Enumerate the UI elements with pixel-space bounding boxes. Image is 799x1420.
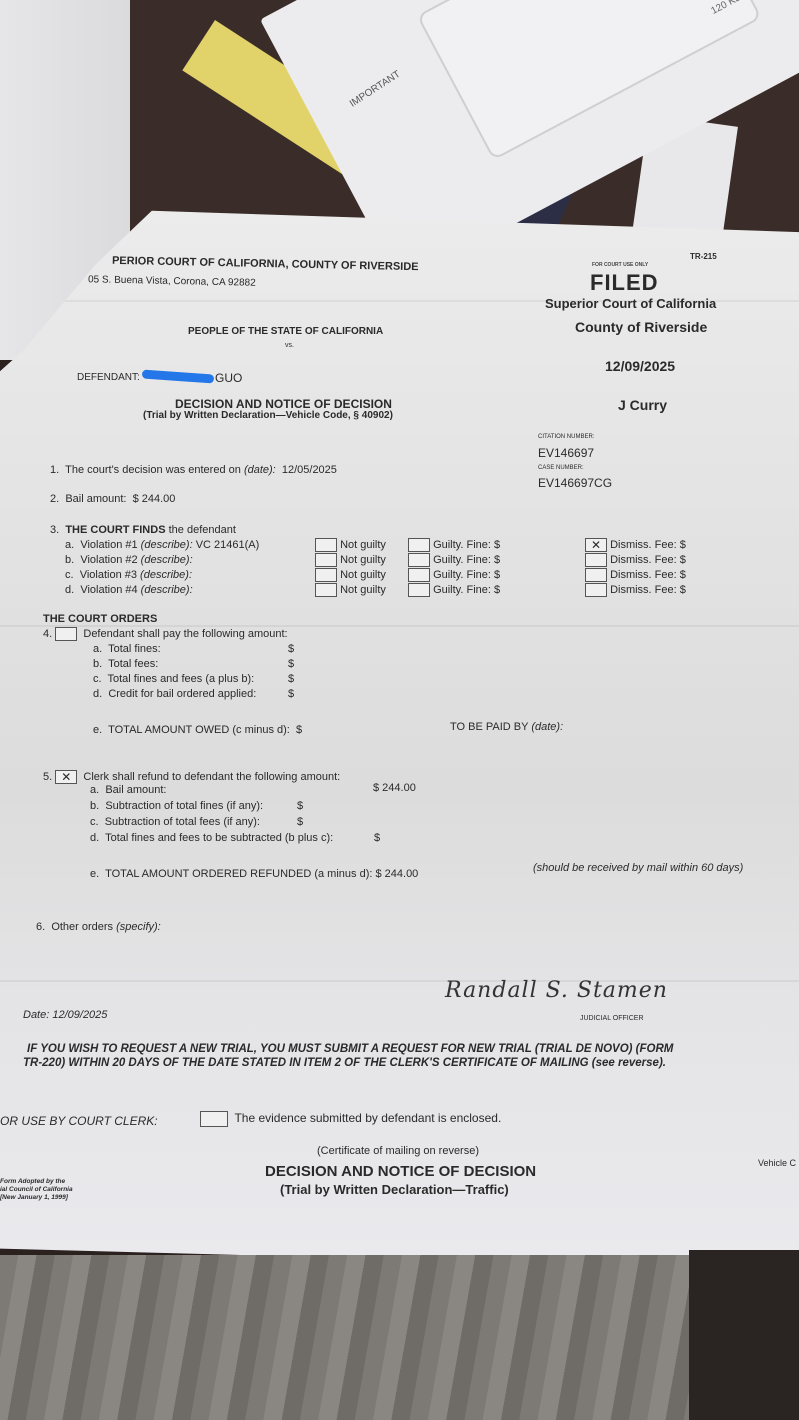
guilty-label: Guilty. Fine: $ — [433, 584, 500, 596]
clerk-evidence-row: The evidence submitted by defendant is e… — [200, 1111, 501, 1127]
evidence-enclosed-checkbox[interactable] — [200, 1111, 228, 1127]
violation-row: d. Violation #4 (describe): — [65, 584, 193, 596]
amount-line: c. Total fines and fees (a plus b): — [93, 673, 254, 685]
certificate-note: (Certificate of mailing on reverse) — [317, 1145, 479, 1157]
fabric-background — [0, 1255, 799, 1420]
violation-describe: (describe): — [141, 554, 193, 566]
versus: vs. — [285, 342, 294, 349]
dismiss-option: ✕ Dismiss. Fee: $ — [585, 538, 686, 552]
not-guilty-option: Not guilty — [315, 568, 386, 582]
item-label: Clerk shall refund to defendant the foll… — [83, 771, 340, 783]
total-owed-value: $ — [296, 724, 302, 736]
item-label: The court's decision was entered on — [65, 464, 241, 476]
plaintiff: PEOPLE OF THE STATE OF CALIFORNIA — [188, 326, 383, 337]
redaction-mark — [142, 369, 214, 383]
line-label: Bail amount: — [105, 784, 166, 796]
dismiss-checkbox[interactable] — [585, 568, 607, 582]
line-letter: a. — [93, 643, 102, 655]
dismiss-option: Dismiss. Fee: $ — [585, 553, 686, 567]
clerk-use-label: OR USE BY COURT CLERK: — [0, 1114, 158, 1128]
item-label: the defendant — [169, 524, 236, 536]
line-label: Total fines and fees (a plus b): — [107, 673, 254, 685]
vehicle-code-ref: Vehicle C — [758, 1158, 796, 1168]
signature-date: Date: 12/09/2025 — [23, 1009, 107, 1021]
bottom-subtitle: (Trial by Written Declaration—Traffic) — [280, 1182, 509, 1197]
guilty-label: Guilty. Fine: $ — [433, 554, 500, 566]
refund-line: c. Subtraction of total fees (if any): — [90, 816, 260, 828]
paper-fold — [0, 980, 799, 982]
not-guilty-label: Not guilty — [340, 554, 386, 566]
filed-court: Superior Court of California — [545, 296, 716, 311]
line-letter: c. — [90, 816, 99, 828]
defendant-label: DEFENDANT: — [77, 372, 140, 383]
item-5-checkbox[interactable]: ✕ — [55, 770, 77, 784]
line-label: Subtraction of total fees (if any): — [105, 816, 260, 828]
case-number: EV146697CG — [538, 476, 612, 490]
dismiss-label: Dismiss. Fee: $ — [610, 569, 686, 581]
not-guilty-label: Not guilty — [340, 569, 386, 581]
court-orders-heading: THE COURT ORDERS — [43, 613, 157, 625]
line-label: Total fees: — [108, 658, 158, 670]
item-4-total: e. TOTAL AMOUNT OWED (c minus d): $ — [93, 724, 302, 736]
for-court-use-only: FOR COURT USE ONLY — [592, 262, 648, 268]
violation-label: Violation #3 — [80, 569, 137, 581]
item-6-other-orders: 6. Other orders (specify): — [36, 921, 161, 933]
item-1-decision-date: 1. The court's decision was entered on (… — [50, 464, 337, 476]
item-label: Other orders — [51, 921, 113, 933]
paid-by: TO BE PAID BY (date): — [450, 721, 563, 733]
violation-code: VC 21461(A) — [196, 539, 260, 551]
item-number: 4. — [43, 628, 52, 640]
judicial-officer-label: JUDICIAL OFFICER — [580, 1015, 644, 1022]
dark-background — [689, 1250, 799, 1420]
item-label: Bail amount: — [65, 493, 126, 505]
court-name: PERIOR COURT OF CALIFORNIA, COUNTY OF RI… — [112, 255, 419, 273]
citation-number: EV146697 — [538, 446, 594, 460]
dismiss-checkbox[interactable] — [585, 553, 607, 567]
item-label-italic: (date): — [244, 464, 276, 476]
violation-describe: (describe): — [141, 584, 193, 596]
dismiss-option: Dismiss. Fee: $ — [585, 583, 686, 597]
guilty-option: Guilty. Fine: $ — [408, 538, 500, 552]
not-guilty-label: Not guilty — [340, 539, 386, 551]
not-guilty-option: Not guilty — [315, 538, 386, 552]
not-guilty-checkbox[interactable] — [315, 538, 337, 552]
adopted-line: ial Council of California — [0, 1186, 73, 1194]
line-letter: d. — [93, 688, 102, 700]
guilty-option: Guilty. Fine: $ — [408, 568, 500, 582]
document-title: DECISION AND NOTICE OF DECISION — [175, 397, 392, 411]
item-label-italic: (specify): — [116, 921, 161, 933]
line-letter: b. — [90, 800, 99, 812]
line-letter: e. — [93, 724, 102, 736]
decision-date-value: 12/05/2025 — [282, 464, 337, 476]
court-address: 05 S. Buena Vista, Corona, CA 92882 — [88, 274, 256, 289]
evidence-enclosed-text: The evidence submitted by defendant is e… — [234, 1111, 501, 1125]
amount-line: d. Credit for bail ordered applied: — [93, 688, 256, 700]
dismiss-checkbox[interactable] — [585, 583, 607, 597]
dismiss-label: Dismiss. Fee: $ — [610, 539, 686, 551]
judge-signature: Randall S. Stamen — [445, 978, 668, 1003]
refund-line: b. Subtraction of total fines (if any): — [90, 800, 263, 812]
amount-line: b. Total fees: — [93, 658, 158, 670]
dismiss-option: Dismiss. Fee: $ — [585, 568, 686, 582]
line-letter: a. — [90, 784, 99, 796]
line-letter: b. — [93, 658, 102, 670]
total-refund-value: $ 244.00 — [375, 868, 418, 880]
court-finds-label: THE COURT FINDS — [65, 524, 165, 536]
dismiss-label: Dismiss. Fee: $ — [610, 554, 686, 566]
form-number: TR-215 — [690, 252, 717, 261]
dismiss-label: Dismiss. Fee: $ — [610, 584, 686, 596]
violation-letter: a. — [65, 539, 74, 551]
line-value: $ — [288, 658, 294, 670]
adopted-line: [New January 1, 1999] — [0, 1194, 73, 1202]
dismiss-checkbox[interactable]: ✕ — [585, 538, 607, 552]
defendant-name: GUO — [215, 371, 242, 385]
line-value: $ — [288, 643, 294, 655]
date-value: 12/09/2025 — [52, 1009, 107, 1021]
line-label: Total fines: — [108, 643, 161, 655]
line-value: $ — [288, 673, 294, 685]
line-value: $ — [374, 832, 380, 844]
item-4-checkbox[interactable] — [55, 627, 77, 641]
not-guilty-option: Not guilty — [315, 553, 386, 567]
item-2-bail-amount: 2. Bail amount: $ 244.00 — [50, 493, 175, 505]
total-refund-label: TOTAL AMOUNT ORDERED REFUNDED (a minus d… — [105, 868, 372, 880]
refund-line: a. Bail amount: — [90, 784, 166, 796]
line-letter: e. — [90, 868, 99, 880]
not-guilty-option: Not guilty — [315, 583, 386, 597]
line-value: $ 244.00 — [373, 782, 416, 794]
guilty-label: Guilty. Fine: $ — [433, 539, 500, 551]
form-adopted-note: Form Adopted by the ial Council of Calif… — [0, 1178, 73, 1202]
violation-letter: b. — [65, 554, 74, 566]
amount-line: a. Total fines: — [93, 643, 161, 655]
total-owed-label: TOTAL AMOUNT OWED (c minus d): — [108, 724, 290, 736]
filed-county: County of Riverside — [575, 319, 707, 335]
line-letter: c. — [93, 673, 102, 685]
item-label: Defendant shall pay the following amount… — [83, 628, 287, 640]
item-number: 1. — [50, 464, 59, 476]
adopted-line: Form Adopted by the — [0, 1178, 73, 1186]
violation-letter: c. — [65, 569, 74, 581]
violation-label: Violation #1 — [80, 539, 137, 551]
not-guilty-checkbox[interactable] — [315, 583, 337, 597]
violation-describe: (describe): — [141, 539, 193, 551]
paid-by-italic: (date): — [531, 721, 563, 733]
item-number: 3. — [50, 524, 59, 536]
item-4-heading: 4. Defendant shall pay the following amo… — [43, 627, 288, 641]
item-number: 5. — [43, 771, 52, 783]
violation-describe: (describe): — [140, 569, 192, 581]
line-letter: d. — [90, 832, 99, 844]
violation-label: Violation #4 — [80, 584, 137, 596]
new-trial-warning-line-1: IF YOU WISH TO REQUEST A NEW TRIAL, YOU … — [27, 1043, 673, 1055]
envelope-label: IMPORTANT — [348, 69, 403, 110]
item-3-heading: 3. THE COURT FINDS the defendant — [50, 524, 236, 536]
guilty-checkbox[interactable] — [408, 583, 430, 597]
violation-letter: d. — [65, 584, 74, 596]
item-number: 2. — [50, 493, 59, 505]
line-value: $ — [297, 800, 303, 812]
item-5-total: e. TOTAL AMOUNT ORDERED REFUNDED (a minu… — [90, 868, 418, 880]
violation-row: b. Violation #2 (describe): — [65, 554, 193, 566]
line-label: Credit for bail ordered applied: — [108, 688, 256, 700]
guilty-label: Guilty. Fine: $ — [433, 569, 500, 581]
violation-row: a. Violation #1 (describe): VC 21461(A) — [65, 539, 259, 551]
bottom-title: DECISION AND NOTICE OF DECISION — [265, 1163, 536, 1180]
line-value: $ — [297, 816, 303, 828]
item-5-heading: 5. ✕ Clerk shall refund to defendant the… — [43, 770, 340, 784]
violation-row: c. Violation #3 (describe): — [65, 569, 192, 581]
document-subtitle: (Trial by Written Declaration—Vehicle Co… — [143, 410, 393, 421]
citation-label: CITATION NUMBER: — [538, 434, 594, 440]
not-guilty-checkbox[interactable] — [315, 568, 337, 582]
paid-by-label: TO BE PAID BY — [450, 721, 528, 733]
item-number: 6. — [36, 921, 45, 933]
guilty-checkbox[interactable] — [408, 538, 430, 552]
refund-note: (should be received by mail within 60 da… — [533, 862, 743, 874]
violation-label: Violation #2 — [80, 554, 137, 566]
line-label: Total fines and fees to be subtracted (b… — [105, 832, 333, 844]
court-document: PERIOR COURT OF CALIFORNIA, COUNTY OF RI… — [0, 200, 799, 1270]
guilty-checkbox[interactable] — [408, 568, 430, 582]
new-trial-warning-line-2: TR-220) WITHIN 20 DAYS OF THE DATE STATE… — [23, 1057, 666, 1069]
refund-line: d. Total fines and fees to be subtracted… — [90, 832, 333, 844]
date-label: Date: — [23, 1009, 49, 1021]
filed-date: 12/09/2025 — [605, 358, 675, 374]
line-label: Subtraction of total fines (if any): — [105, 800, 263, 812]
guilty-option: Guilty. Fine: $ — [408, 583, 500, 597]
guilty-option: Guilty. Fine: $ — [408, 553, 500, 567]
filed-title: FILED — [590, 270, 659, 296]
not-guilty-label: Not guilty — [340, 584, 386, 596]
case-label: CASE NUMBER: — [538, 465, 584, 471]
guilty-checkbox[interactable] — [408, 553, 430, 567]
line-value: $ — [288, 688, 294, 700]
bail-amount-value: $ 244.00 — [133, 493, 176, 505]
filed-clerk: J Curry — [618, 397, 667, 413]
not-guilty-checkbox[interactable] — [315, 553, 337, 567]
